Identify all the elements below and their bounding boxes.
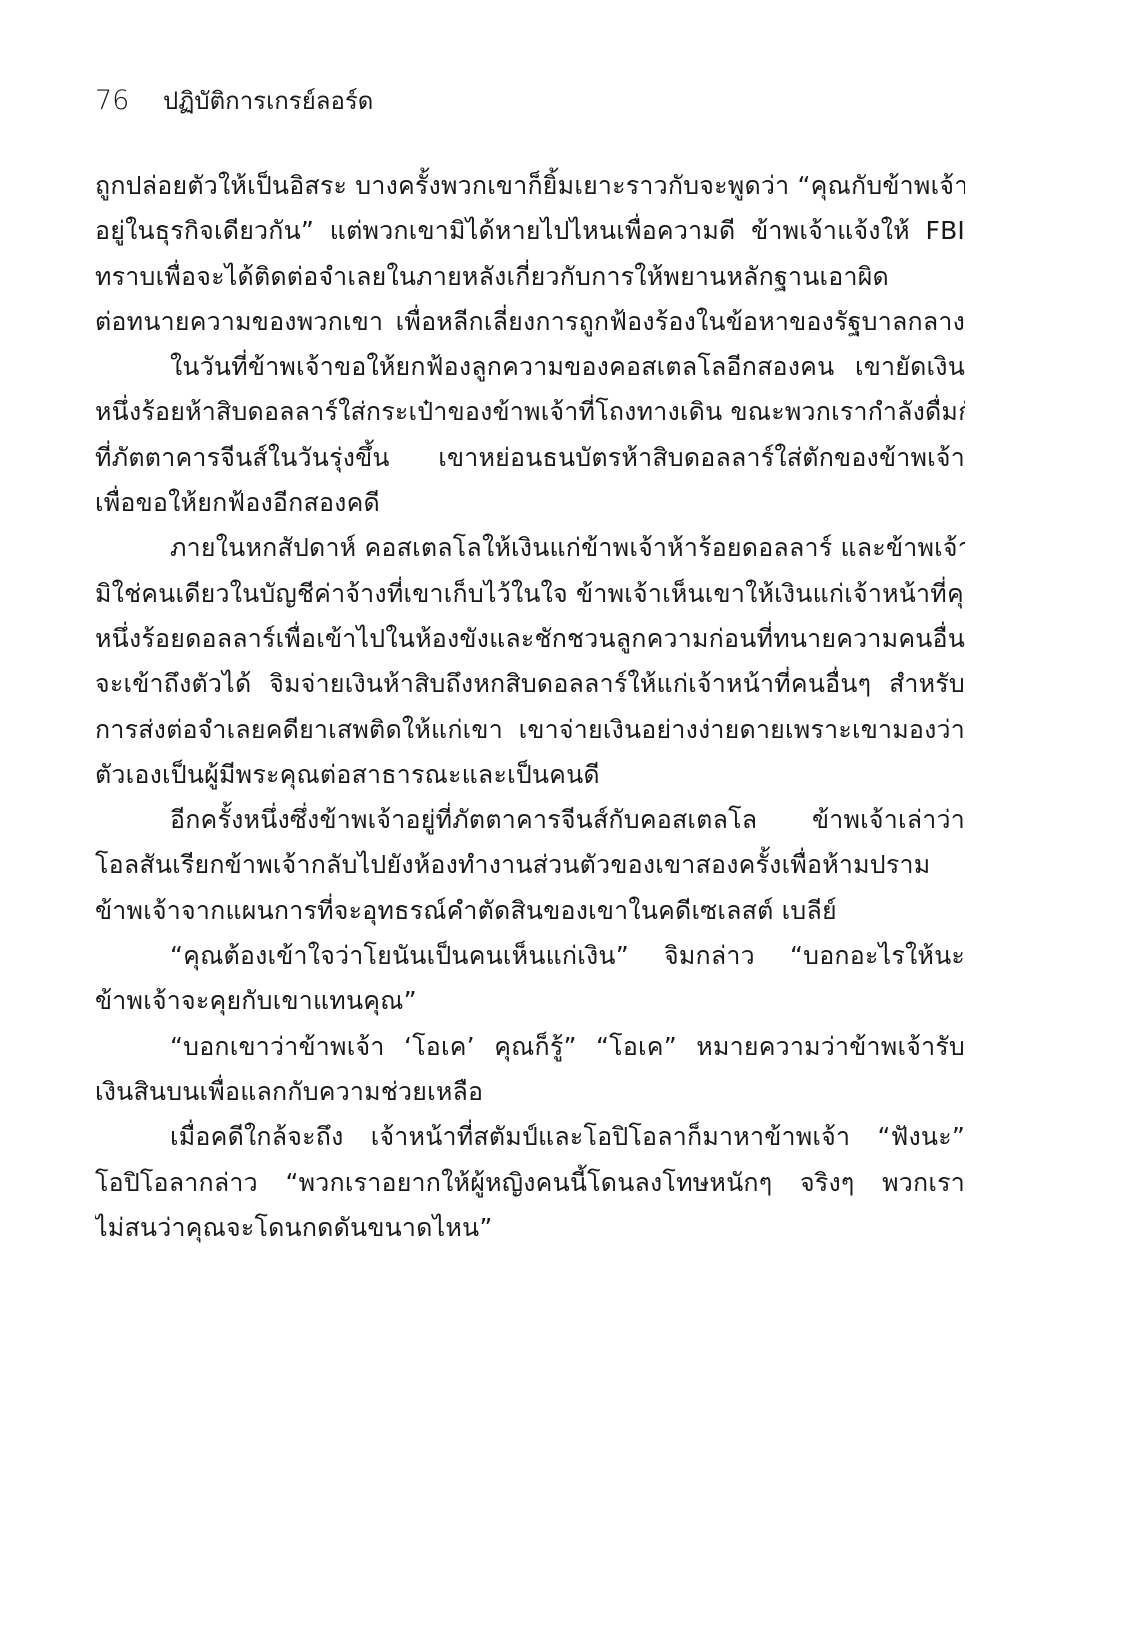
text-line: หนึ่งร้อยดอลลาร์เพื่อเข้าไปในห้องขังและช…: [95, 616, 965, 661]
text-line: หนึ่งร้อยห้าสิบดอลลาร์ใส่กระเป๋าของข้าพเ…: [95, 389, 965, 434]
text-line: ถูกปล่อยตัวให้เป็นอิสระ บางครั้งพวกเขาก็…: [95, 163, 965, 208]
text-line: จะเข้าถึงตัวได้ จิมจ่ายเงินห้าสิบถึงหกสิ…: [95, 661, 965, 706]
body-text: ถูกปล่อยตัวให้เป็นอิสระ บางครั้งพวกเขาก็…: [95, 163, 965, 1250]
text-line: โอลสันเรียกข้าพเจ้ากลับไปยังห้องทำงานส่ว…: [95, 842, 965, 887]
text-line: การส่งต่อจำเลยคดียาเสพติดให้แก่เขา เขาจ่…: [95, 707, 965, 752]
text-line: ข้าพเจ้าจากแผนการที่จะอุทธรณ์คำตัดสินของ…: [95, 888, 965, 933]
text-line: ตัวเองเป็นผู้มีพระคุณต่อสาธารณะและเป็นคน…: [95, 752, 965, 797]
text-line: อยู่ในธุรกิจเดียวกัน” แต่พวกเขามิได้หายไ…: [95, 208, 965, 253]
text-line: ต่อทนายความของพวกเขา เพื่อหลีกเลี่ยงการถ…: [95, 299, 965, 344]
text-line: มิใช่คนเดียวในบัญชีค่าจ้างที่เขาเก็บไว้ใ…: [95, 571, 965, 616]
text-line: “คุณต้องเข้าใจว่าโยนันเป็นคนเห็นแก่เงิน”…: [95, 933, 965, 978]
text-line: โอปิโอลากล่าว “พวกเราอยากให้ผู้หญิงคนนี้…: [95, 1160, 965, 1205]
running-title: ปฏิบัติการเกรย์ลอร์ด: [163, 81, 373, 120]
text-line: อีกครั้งหนึ่งซึ่งข้าพเจ้าอยู่ที่ภัตตาคาร…: [95, 797, 965, 842]
text-line: ในวันที่ข้าพเจ้าขอให้ยกฟ้องลูกความของคอส…: [95, 344, 965, 389]
text-line: ภายในหกสัปดาห์ คอสเตลโลให้เงินแก่ข้าพเจ้…: [95, 525, 965, 570]
page-header: 76 ปฏิบัติการเกรย์ลอร์ด: [95, 80, 373, 120]
text-line: เงินสินบนเพื่อแลกกับความช่วยเหลือ: [95, 1069, 965, 1114]
text-line: เมื่อคดีใกล้จะถึง เจ้าหน้าที่สตัมป์และโอ…: [95, 1114, 965, 1159]
page-number: 76: [95, 85, 163, 116]
text-line: ข้าพเจ้าจะคุยกับเขาแทนคุณ”: [95, 978, 965, 1023]
text-line: ไม่สนว่าคุณจะโดนกดดันขนาดไหน”: [95, 1205, 965, 1250]
text-line: เพื่อขอให้ยกฟ้องอีกสองคดี: [95, 480, 965, 525]
text-line: ที่ภัตตาคารจีนส์ในวันรุ่งขึ้น เขาหย่อนธน…: [95, 435, 965, 480]
text-line: “บอกเขาว่าข้าพเจ้า ‘โอเค’ คุณก็รู้” “โอเ…: [95, 1024, 965, 1069]
text-line: ทราบเพื่อจะได้ติดต่อจำเลยในภายหลังเกี่ยว…: [95, 254, 965, 299]
